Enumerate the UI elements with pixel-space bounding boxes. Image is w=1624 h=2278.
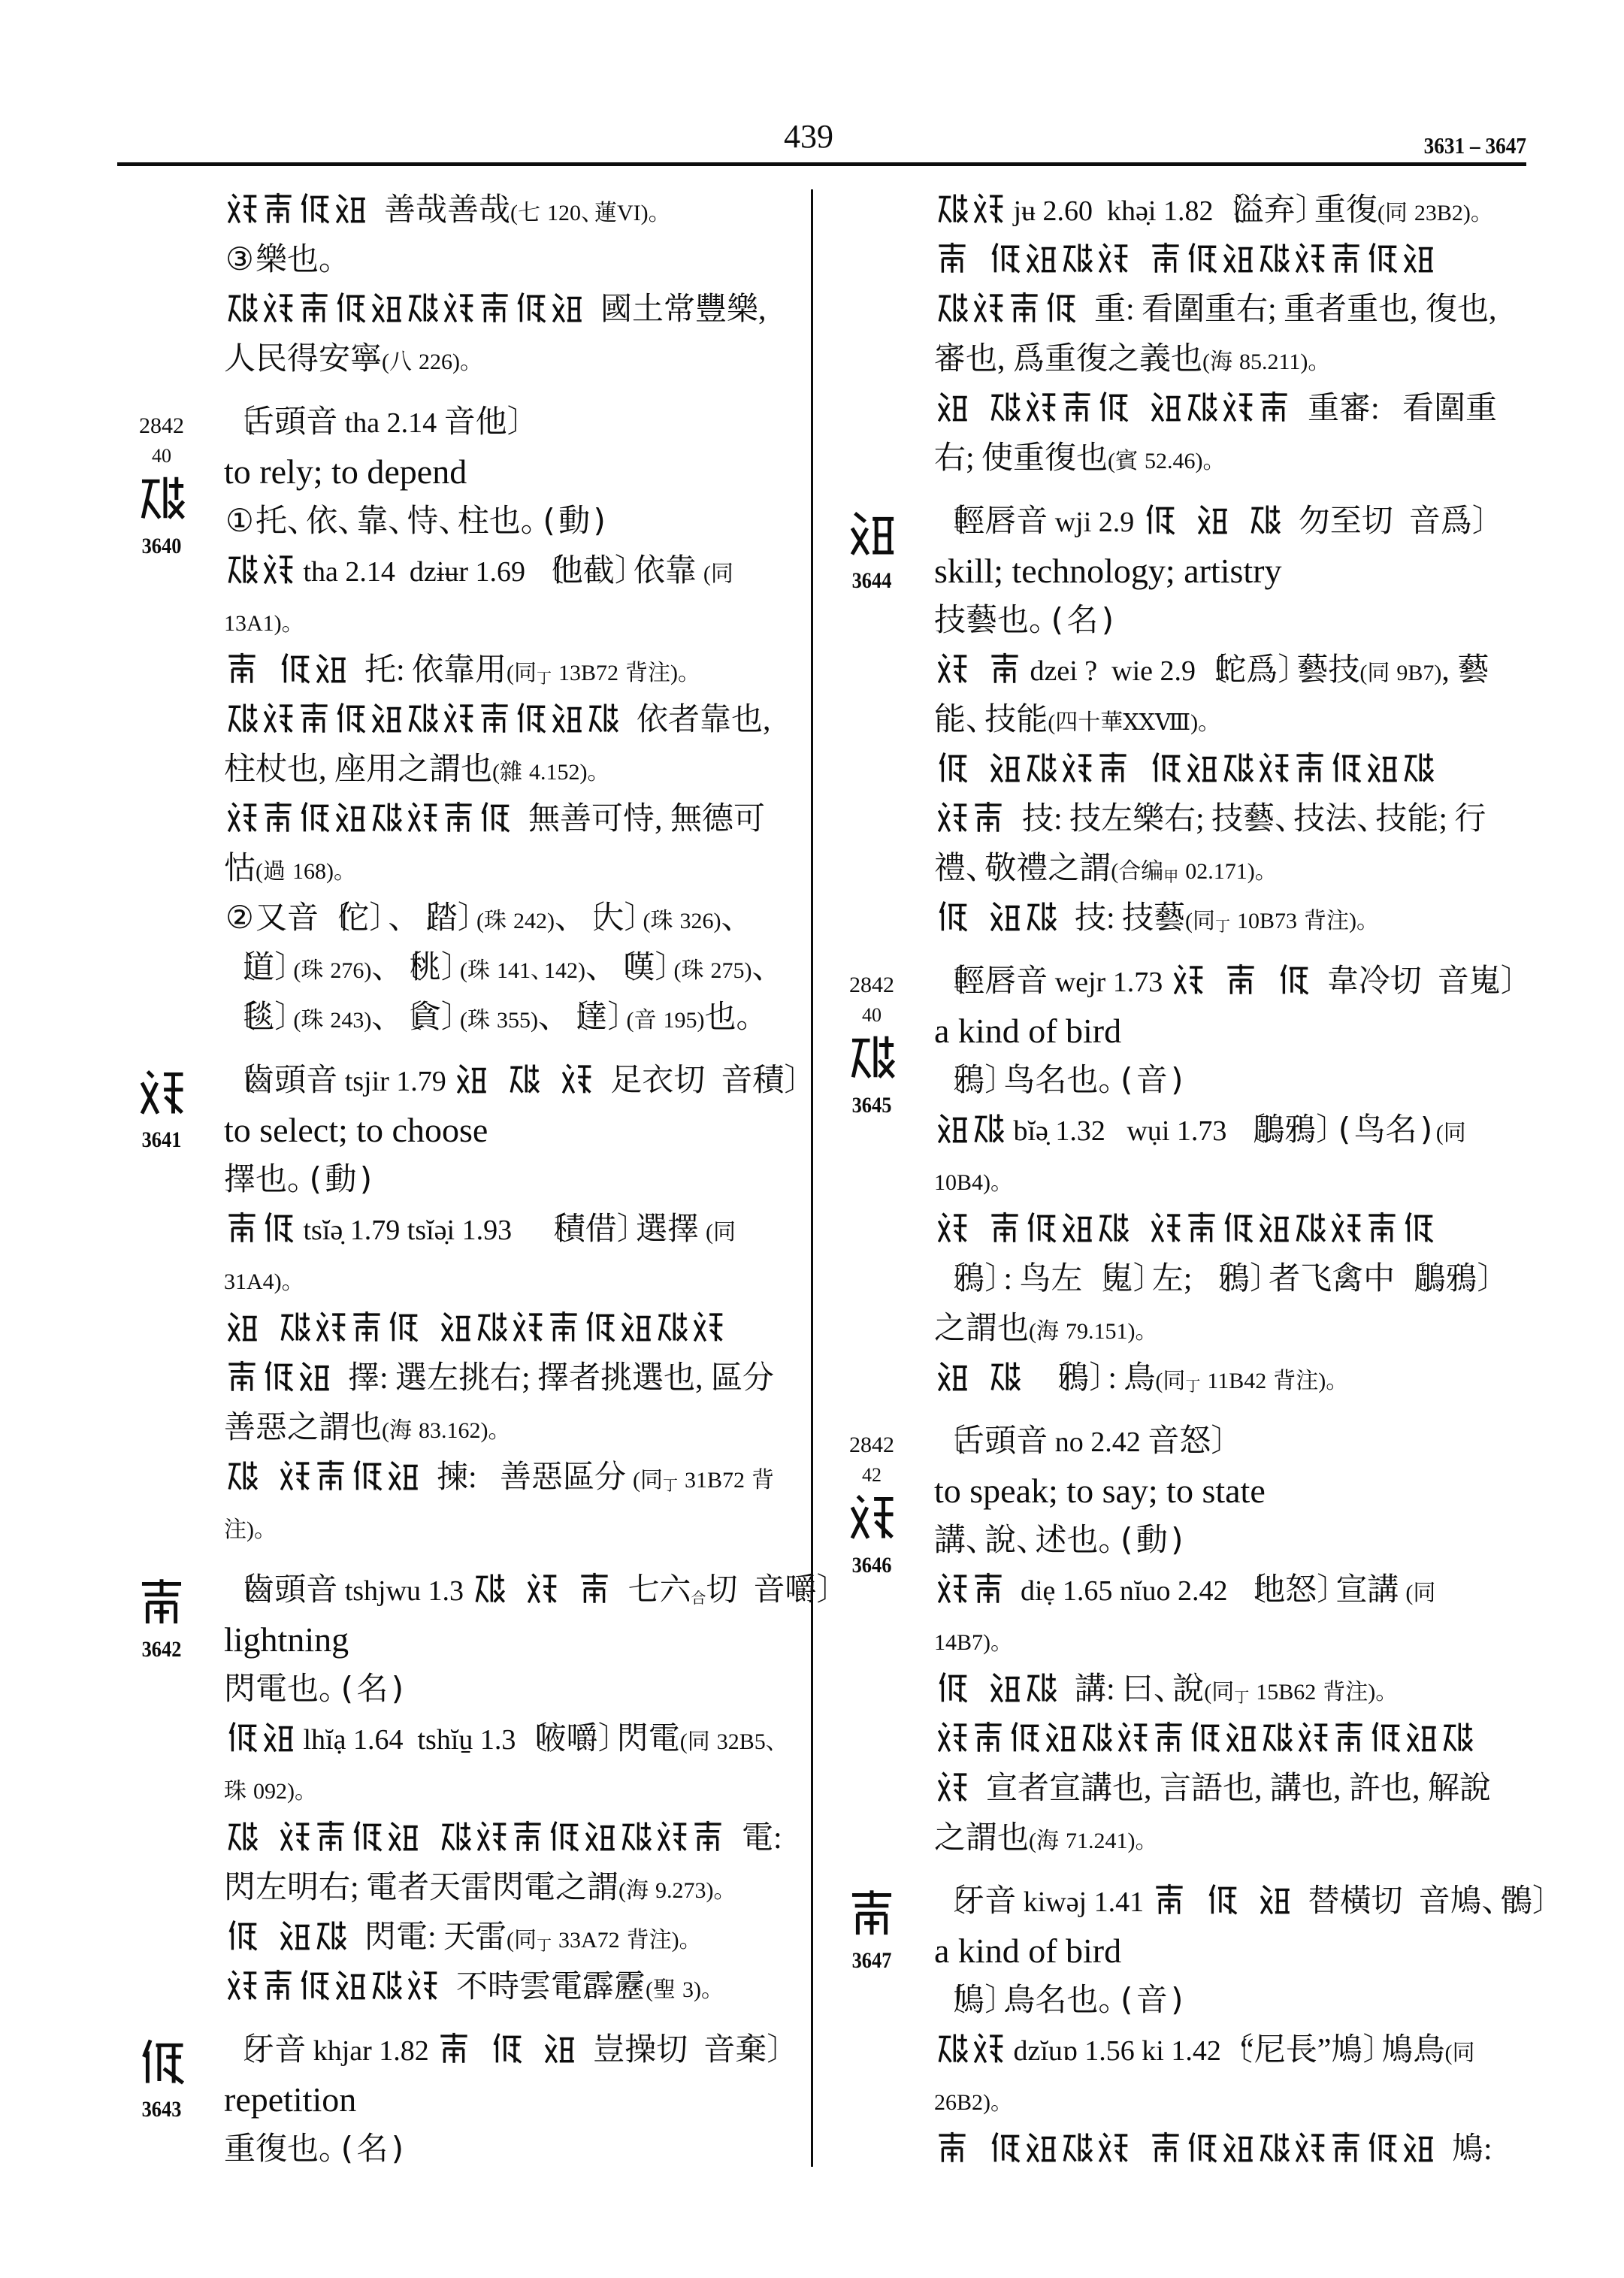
tangut-glyph-icon (936, 391, 968, 422)
chinese-text: ③樂也。 (224, 243, 337, 277)
tangut-glyph-icon (1154, 1883, 1185, 1915)
entry-line: dzei ? wie 2.9〔蛇爲〕藝技(同 9B7),藝 (934, 646, 1520, 695)
entry-line: tha 2.14 dzɨʉr 1.69 〔他截〕依靠 (同 (224, 546, 810, 596)
tangut-glyph-icon (298, 801, 330, 833)
headword-glyph (135, 2038, 188, 2085)
tangut-glyph-icon (1258, 242, 1290, 274)
tangut-text (471, 1573, 612, 1608)
tangut-glyph-icon (1441, 1721, 1473, 1753)
romanization: lhĭạ 1.64 tshĭu̠ 1.3 (296, 1724, 516, 1756)
tangut-glyph-icon (315, 1820, 346, 1852)
chinese-text: 擇也。(動) (224, 1163, 376, 1197)
entry-number: 3646 (848, 1553, 895, 1578)
tangut-glyph-icon (936, 2131, 968, 2163)
tangut-glyph-icon (972, 1572, 1004, 1604)
tangut-glyph-icon (298, 192, 330, 224)
tangut-glyph-icon (298, 1360, 330, 1392)
tangut-glyph-icon (936, 1360, 968, 1392)
tangut-glyph-icon (476, 1820, 507, 1852)
tangut-text (224, 1821, 726, 1856)
tangut-glyph-icon (491, 2032, 522, 2064)
tangut-glyph-icon (1402, 242, 1434, 274)
entry-line: a kind of bird (934, 1006, 1520, 1056)
tangut-text (934, 292, 1078, 327)
source-reference: (同 (1445, 2041, 1475, 2065)
tangut-glyph-icon (226, 292, 258, 323)
tangut-text (934, 1771, 970, 1806)
tangut-glyph-icon (1258, 2131, 1290, 2163)
source-reference: (八 226)。 (382, 349, 473, 374)
tangut-glyph-icon (1294, 2131, 1326, 2163)
entry-body: 善哉善哉(七 120、蓮VI)。③樂也。 國土常豐樂,人民得安寧(八 226)。 (224, 186, 810, 384)
tangut-glyph-icon (543, 2032, 575, 2064)
tangut-glyph-icon (334, 801, 366, 833)
source-reference: (同 (507, 1928, 537, 1953)
tangut-text (224, 703, 621, 737)
tangut-glyph-icon (1150, 752, 1181, 783)
tangut-glyph-icon (1225, 1721, 1257, 1753)
tangut-glyph-icon (1150, 242, 1181, 274)
tangut-text (436, 2033, 577, 2068)
chinese-text: 人民得安寧 (224, 342, 382, 377)
tangut-glyph-icon (1061, 2131, 1093, 2163)
tangut-glyph-icon (407, 1969, 438, 2001)
entry-line: diẹ 1.65 nĭuo 2.42 〔地怒〕宣講 (同 (934, 1566, 1520, 1615)
entry-line (934, 745, 1520, 794)
tangut-glyph-icon (692, 1820, 724, 1852)
subscript-note: 丁 (537, 1938, 552, 1954)
tangut-glyph-icon (1402, 2131, 1434, 2163)
chinese-text: 、〔達〕 (538, 1000, 627, 1035)
tangut-glyph-icon (620, 1311, 652, 1342)
chinese-text: 〔輕唇音 (934, 964, 1048, 999)
chinese-text: 〔牙音 (224, 2033, 306, 2068)
entry-line: 擇也。(動) (224, 1155, 810, 1205)
source-reference: (同 (626, 1468, 663, 1493)
column-divider (811, 189, 813, 2167)
tangut-glyph-icon (1025, 391, 1057, 422)
tangut-glyph-icon (298, 1969, 330, 2001)
tangut-glyph-icon (936, 1771, 968, 1802)
chinese-text: 〔舌頭音 (224, 405, 337, 440)
entry-line: 怙(過 168)。 (224, 844, 810, 894)
chinese-text: 足衣切 音積〕 (594, 1063, 803, 1098)
entry-number: 3640 (138, 534, 185, 558)
romanization: tsĭə̣ 1.79 tsĭə̣i 1.93 (296, 1215, 519, 1246)
tangut-glyph-icon (370, 292, 402, 323)
subscript-note: 合 (691, 1590, 706, 1607)
tangut-glyph-icon (351, 1820, 383, 1852)
entry-line: 10B4)。 (934, 1155, 1520, 1205)
tangut-glyph-icon (1258, 391, 1290, 422)
tangut-text (934, 193, 1006, 228)
entry-body: 〔牙音 kiwəj 1.41 替橫切 音鳩、鶻〕a kind of bird〔鳩… (934, 1877, 1520, 2174)
headword-glyph (135, 474, 188, 521)
tangut-glyph-icon (138, 1578, 185, 1625)
tangut-glyph-icon (1025, 242, 1057, 274)
entry-line: 26B2)。 (934, 2075, 1520, 2125)
tangut-glyph-icon (226, 1360, 258, 1392)
source-reference: 10B4)。 (934, 1170, 1004, 1195)
entry-line: 技:技左樂右;技藝、技法、技能;行 (934, 794, 1520, 844)
tangut-glyph-icon (479, 702, 510, 734)
tangut-glyph-icon (1097, 242, 1129, 274)
chinese-text: 重復也。(名) (224, 2132, 407, 2167)
tangut-glyph-icon (262, 1212, 294, 1243)
tangut-text (224, 1920, 349, 1955)
source-reference: (海 83.162)。 (382, 1418, 502, 1443)
chinese-text: 〔鴉〕:鳥 (1023, 1361, 1155, 1396)
chinese-text: 閃電:天雷 (349, 1920, 507, 1955)
headword-glyph (845, 510, 898, 556)
entry-line: 14B7)。 (934, 1615, 1520, 1665)
tangut-glyph-icon (1153, 1721, 1184, 1753)
tangut-glyph-icon (1097, 1212, 1129, 1243)
entry-line: 不時雲電霹靂(聖 3)。 (224, 1962, 810, 2012)
tangut-glyph-icon (936, 192, 968, 224)
tangut-glyph-icon (1025, 2131, 1057, 2163)
tangut-text (224, 1970, 440, 2004)
entry-continuation: 善哉善哉(七 120、蓮VI)。③樂也。 國土常豐樂,人民得安寧(八 226)。 (224, 186, 810, 384)
entry-line: 〔輕唇音 wejr 1.73 韋冷切 音嵬〕 (934, 957, 1520, 1006)
tangut-text (934, 1212, 1436, 1247)
tangut-glyph-icon (587, 702, 618, 734)
chinese-text: 〔舌頭音 (934, 1424, 1048, 1459)
tangut-glyph-icon (1186, 242, 1217, 274)
tangut-glyph-icon (279, 652, 310, 684)
entry-line: dzĭuɒ 1.56 ki 1.42〔“尼長”鳩〕鳩鳥(同 (934, 2025, 1520, 2075)
chinese-text: 之謂也 (934, 1311, 1029, 1346)
tangut-glyph-icon (138, 474, 185, 521)
source-reference: (同 (699, 1220, 736, 1245)
tangut-glyph-icon (298, 292, 330, 323)
entry-body: 〔齒頭音 tshjwu 1.3 七六合切 音嚼〕lightning閃電也。(名)… (224, 1566, 810, 2012)
tangut-glyph-icon (1097, 391, 1129, 422)
source-reference: (海 71.241)。 (1029, 1829, 1149, 1853)
source-reference: 10B73 背注)。 (1230, 909, 1370, 933)
entry-line: 13A1)。 (224, 596, 810, 646)
tangut-glyph-icon (692, 1311, 724, 1342)
entry-number: 3647 (848, 1949, 895, 1973)
tangut-text (934, 2132, 1436, 2167)
chinese-text: 國土常豐樂, (585, 292, 774, 327)
tangut-glyph-icon (1297, 1721, 1329, 1753)
chinese-text: 重審: 看圍重 (1292, 392, 1497, 426)
entry-line: 揀: 善惡區分 (同丁 31B72 背 (224, 1453, 810, 1502)
tangut-glyph-icon (298, 702, 330, 734)
source-reference: 31A4)。 (224, 1269, 295, 1294)
tangut-glyph-icon (226, 192, 258, 224)
chinese-text: 右;使重復也 (934, 441, 1108, 476)
tangut-glyph-icon (989, 752, 1021, 783)
source-reference: (海 79.151)。 (1029, 1319, 1149, 1344)
chinese-text: 〔齒頭音 (224, 1063, 337, 1098)
chinese-text: 、 (721, 901, 740, 936)
tangut-glyph-icon (620, 1820, 652, 1852)
tangut-glyph-icon (526, 1572, 558, 1604)
headword-glyph (845, 1889, 898, 1936)
romanization: diẹ 1.65 nĭuo 2.42 (1006, 1575, 1235, 1607)
entry-body: 〔舌頭音 tha 2.14 音他〕to rely; to depend①托、依、… (224, 398, 810, 1042)
source-reference: (同 (1204, 1680, 1234, 1705)
tangut-text (224, 802, 513, 836)
tangut-text (934, 901, 1059, 936)
chinese-text: 禮、敬禮之謂 (934, 852, 1111, 886)
entry-margin: 3641 (135, 1056, 188, 1552)
entry-line: ②又音〔佗〕、〔踏〕(珠 242)、〔大〕(珠 326)、 (224, 894, 810, 943)
chinese-text: 替橫切 音鳩、鶻〕 (1293, 1884, 1551, 1919)
tangut-text (224, 1460, 421, 1495)
source-reference: (珠 141、142) (460, 958, 585, 983)
chinese-text: 托:依靠用 (349, 653, 507, 688)
source-reference: (四十華ⅩⅩⅧ)。 (1048, 710, 1211, 735)
headword-glyph (845, 1493, 898, 1540)
dictionary-entry: 3644 〔輕唇音 wji 2.9 勿至切 音爲〕skill; technolo… (934, 497, 1520, 943)
english-gloss: repetition (224, 2080, 356, 2119)
tangut-text (934, 1113, 1006, 1148)
index-code: 2842 (135, 414, 188, 438)
chinese-text: 音怒〕 (1148, 1424, 1229, 1459)
tangut-text (934, 2033, 1006, 2068)
tangut-glyph-icon (1222, 2131, 1254, 2163)
chinese-text: 〔鳩〕鳥名也。(音) (934, 1983, 1187, 2018)
source-reference: (過 168)。 (256, 859, 347, 884)
tangut-glyph-icon (1206, 1883, 1238, 1915)
romanization: bĭə̣ 1.32 wụi 1.73 (1006, 1115, 1234, 1147)
romanization: wji 2.9 (1048, 507, 1142, 538)
romanization: no 2.42 (1048, 1426, 1148, 1458)
english-gloss: lightning (224, 1620, 349, 1659)
tangut-glyph-icon (226, 702, 258, 734)
chinese-text: 、〔嘆〕 (585, 951, 674, 985)
entry-line: 技藝也。(名) (934, 596, 1520, 646)
chinese-text: 也。 (705, 1000, 755, 1035)
tangut-text (224, 1212, 296, 1247)
chinese-text: 〔道〕 (224, 951, 293, 985)
tangut-glyph-icon (1061, 391, 1093, 422)
chinese-text: 無善可恃,無德可 (513, 802, 765, 836)
tangut-glyph-icon (548, 1820, 579, 1852)
tangut-glyph-icon (1330, 752, 1362, 783)
tangut-text (934, 1573, 1006, 1608)
entry-line: to rely; to depend (224, 447, 810, 497)
tangut-glyph-icon (848, 1033, 895, 1080)
entry-continuation: jʉ 2.60 khə̣i 1.82〔溢弃〕重復(同 23B2)。 重:看圍重右… (934, 186, 1520, 483)
tangut-glyph-icon (989, 2131, 1021, 2163)
romanization: tsjir 1.79 (337, 1066, 453, 1097)
tangut-glyph-icon (315, 1311, 346, 1342)
chinese-text: 〔蛇爲〕藝技 (1196, 653, 1359, 688)
tangut-glyph-icon (407, 801, 438, 833)
entry-line: 柱杖也,座用之謂也(雜 4.152)。 (224, 745, 810, 794)
entry-line: 右;使重復也(賓 52.46)。 (934, 434, 1520, 483)
tangut-glyph-icon (989, 900, 1021, 932)
entry-line: skill; technology; artistry (934, 546, 1520, 596)
tangut-glyph-icon (473, 1572, 505, 1604)
tangut-glyph-icon (226, 1969, 258, 2001)
tangut-glyph-icon (1009, 292, 1040, 323)
chinese-text: ②又音〔佗〕、〔踏〕 (224, 901, 476, 936)
tangut-glyph-icon (1172, 964, 1204, 995)
source-reference: (同 (697, 561, 733, 586)
tangut-glyph-icon (1261, 1721, 1293, 1753)
entry-line: repetition (224, 2075, 810, 2125)
tangut-glyph-icon (1025, 1671, 1057, 1703)
tangut-text (224, 292, 585, 327)
tangut-glyph-icon (1294, 752, 1326, 783)
tangut-glyph-icon (936, 652, 968, 684)
source-reference: (同 9B7) (1359, 661, 1441, 685)
chinese-text: 〔鵰鴉〕(鸟名) (1234, 1113, 1436, 1148)
entry-number: 3642 (138, 1638, 185, 1662)
entry-line: 〔道〕(珠 276)、〔桃〕(珠 141、142)、〔嘆〕(珠 275)、 (224, 943, 810, 993)
tangut-glyph-icon (226, 1721, 258, 1753)
entry-line: ①托、依、靠、恃、柱也。(動) (224, 497, 810, 546)
tangut-glyph-icon (1186, 752, 1217, 783)
chinese-text: 技藝也。(名) (934, 604, 1117, 638)
chinese-text: 七六 (612, 1573, 691, 1608)
tangut-glyph-icon (989, 391, 1021, 422)
entry-line: 〔舌頭音 no 2.42 音怒〕 (934, 1417, 1520, 1466)
tangut-glyph-icon (315, 652, 346, 684)
tangut-glyph-icon (387, 1820, 419, 1852)
entry-body: 〔牙音 khjar 1.82 豈操切 音棄〕repetition重復也。(名) (224, 2025, 810, 2174)
chinese-text: 柱杖也,座用之謂也 (224, 752, 492, 787)
tangut-glyph-icon (226, 1820, 258, 1852)
dictionary-entry: 2842 42 3646 〔舌頭音 no 2.42 音怒〕to speak; t… (934, 1417, 1520, 1863)
tangut-text (1151, 1884, 1293, 1919)
chinese-text: 揀: 善惡區分 (421, 1460, 626, 1495)
entry-line: bĭə̣ 1.32 wụi 1.73 〔鵰鴉〕(鸟名)(同 (934, 1106, 1520, 1155)
tangut-glyph-icon (848, 1493, 895, 1540)
entry-line: 依者靠也, (224, 695, 810, 745)
tangut-glyph-icon (1249, 504, 1281, 535)
chinese-text: 怙 (224, 852, 256, 886)
romanization: tshjwu 1.3 (337, 1575, 470, 1607)
dictionary-entry: 3642 〔齒頭音 tshjwu 1.3 七六合切 音嚼〕lightning閃電… (224, 1566, 810, 2012)
tangut-glyph-icon (226, 1212, 258, 1243)
entry-margin: 3643 (135, 2025, 188, 2174)
chinese-text: 之謂也 (934, 1821, 1029, 1856)
entry-body: jʉ 2.60 khə̣i 1.82〔溢弃〕重復(同 23B2)。 重:看圍重右… (934, 186, 1520, 483)
chinese-text: 切 音嚼〕 (706, 1573, 836, 1608)
tangut-glyph-icon (1025, 1212, 1057, 1243)
entry-margin: 3644 (845, 497, 898, 943)
tangut-glyph-icon (1186, 1212, 1217, 1243)
entry-line: 審也,爲重復之義也(海 85.211)。 (934, 334, 1520, 384)
tangut-glyph-icon (1330, 1212, 1362, 1243)
tangut-glyph-icon (351, 1311, 383, 1342)
tangut-glyph-icon (407, 292, 438, 323)
tangut-glyph-icon (1294, 242, 1326, 274)
tangut-glyph-icon (226, 1460, 258, 1491)
entry-line: 擇:選左挑右;擇者挑選也,區分 (224, 1354, 810, 1403)
tangut-glyph-icon (1258, 752, 1290, 783)
entry-line: 善惡之謂也(海 83.162)。 (224, 1403, 810, 1453)
tangut-text (224, 193, 368, 228)
source-reference: (同 23B2)。 (1378, 201, 1484, 225)
entry-line: lhĭạ 1.64 tshĭu̠ 1.3〔㖡嚼〕閃電(同 32B5、 (224, 1714, 810, 1764)
entry-line: 講、說、述也。(動) (934, 1516, 1520, 1566)
tangut-glyph-icon (1366, 1212, 1398, 1243)
subscript-note: 丁 (1185, 1378, 1200, 1395)
tangut-glyph-icon (262, 292, 294, 323)
entry-line: 技:技藝(同丁 10B73 背注)。 (934, 894, 1520, 943)
english-gloss: to select; to choose (224, 1111, 488, 1149)
tangut-glyph-icon (262, 553, 294, 585)
source-reference: (賓 52.46)。 (1108, 449, 1217, 473)
entry-line: 人民得安寧(八 226)。 (224, 334, 810, 384)
chinese-text: 韋冷切 音嵬〕 (1311, 964, 1520, 999)
tangut-glyph-icon (279, 1311, 310, 1342)
tangut-text (224, 653, 349, 688)
entry-range: 3631 – 3647 (1424, 134, 1526, 157)
tangut-glyph-icon (315, 1460, 346, 1491)
tangut-glyph-icon (479, 292, 510, 323)
tangut-glyph-icon (226, 801, 258, 833)
chinese-text: 〔溢弃〕重復 (1213, 193, 1377, 228)
tangut-glyph-icon (936, 1112, 968, 1144)
tangut-glyph-icon (1222, 1212, 1254, 1243)
tangut-glyph-icon (438, 2032, 470, 2064)
chinese-text: 宣者宣講也,言語也,講也,許也,解說 (970, 1771, 1491, 1806)
source-reference: (合编 (1111, 859, 1163, 884)
entry-body: 〔舌頭音 no 2.42 音怒〕to speak; to say; to sta… (934, 1417, 1520, 1863)
chinese-text: 技:技左樂右;技藝、技法、技能;行 (1006, 802, 1486, 836)
entry-line: jʉ 2.60 khə̣i 1.82〔溢弃〕重復(同 23B2)。 (934, 186, 1520, 235)
source-reference: 11B42 背注)。 (1200, 1369, 1339, 1393)
tangut-glyph-icon (989, 1212, 1021, 1243)
tangut-glyph-icon (548, 1311, 579, 1342)
tangut-glyph-icon (1009, 1721, 1040, 1753)
tangut-glyph-icon (226, 652, 258, 684)
tangut-glyph-icon (262, 1969, 294, 2001)
entry-line (934, 1205, 1520, 1254)
source-reference: (珠 275) (674, 958, 752, 983)
index-subcode: 42 (845, 1465, 898, 1486)
chinese-text: 不時雲電霹靂 (440, 1970, 646, 2004)
tangut-glyph-icon (334, 192, 366, 224)
tangut-text (224, 1311, 726, 1346)
english-gloss: a kind of bird (934, 1012, 1121, 1050)
chinese-text: 擇:選左挑右;擇者挑選也,區分 (332, 1361, 774, 1396)
tangut-glyph-icon (226, 1311, 258, 1342)
dictionary-entry: 2842 40 3640 〔舌頭音 tha 2.14 音他〕to rely; t… (224, 398, 810, 1042)
tangut-text (934, 802, 1006, 836)
tangut-text (453, 1063, 594, 1098)
entry-line: 〔鳩〕鳥名也。(音) (934, 1976, 1520, 2025)
tangut-glyph-icon (1330, 2131, 1362, 2163)
chinese-text: 〔齒頭音 (224, 1573, 337, 1608)
tangut-glyph-icon (279, 1820, 310, 1852)
subscript-note: 甲 (1163, 869, 1178, 885)
tangut-glyph-icon (351, 1460, 383, 1491)
entry-line (224, 1304, 810, 1354)
entry-line: 閃電:天雷(同丁 33A72 背注)。 (224, 1913, 810, 1962)
index-subcode: 40 (845, 1005, 898, 1026)
tangut-text (934, 752, 1436, 787)
tangut-text (224, 554, 296, 588)
english-gloss: skill; technology; artistry (934, 552, 1282, 590)
source-reference: (同 (1155, 1369, 1185, 1393)
tangut-glyph-icon (440, 1311, 471, 1342)
tangut-glyph-icon (334, 702, 366, 734)
tangut-glyph-icon (1144, 504, 1175, 535)
chinese-text: 閃左明右;電者天雷閃電之謂 (224, 1871, 618, 1905)
tangut-glyph-icon (515, 702, 546, 734)
source-reference: 注)。 (224, 1517, 268, 1542)
chinese-text: 講:曰、說 (1059, 1672, 1204, 1707)
